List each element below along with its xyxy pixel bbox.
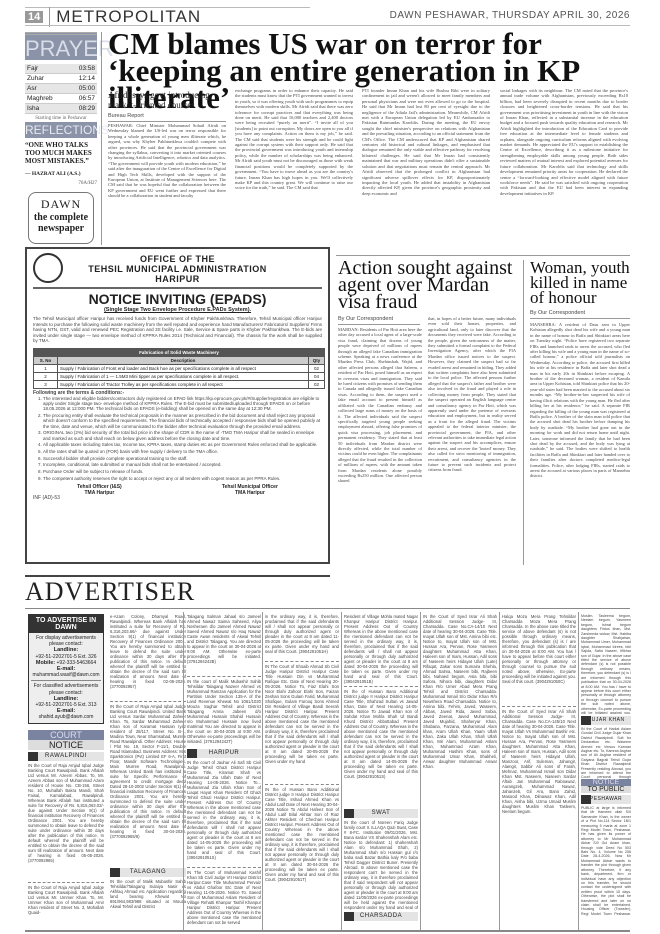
term-item: Successful bidder shall provide complete… <box>43 456 322 461</box>
advertiser-divider <box>25 608 630 609</box>
page-number: 14 <box>25 11 43 23</box>
legal-notice: e-Azam Colony, Dhamyal Road, Rawalpindi.… <box>110 614 186 699</box>
tender-advertisement: OFFICE OF THE TEHSIL MUNICIPAL ADMINISTR… <box>25 247 330 564</box>
email-label: E-mail: <box>57 708 75 714</box>
signatory-org: TMA Haripur <box>222 490 278 496</box>
prayer-time: 03:58 <box>68 64 97 74</box>
email-address-classified[interactable]: shahid.ayub@dawn.com <box>31 714 101 720</box>
classified-column-8: Muslim, Tasleema begum, Neelam begum, Ya… <box>581 614 631 916</box>
column-divider <box>420 612 421 930</box>
location-label: RAWALPINDI <box>45 753 87 759</box>
location-label: GUJAR KHAN <box>587 717 624 723</box>
prayer-name: Asr <box>25 84 68 94</box>
location-banner-gujar-khan: GUJAR KHAN <box>581 716 631 725</box>
location-label: HARIPUR <box>209 750 240 756</box>
term-item: Purchase Order will be subject to releas… <box>43 469 322 474</box>
table-cell: 2 <box>34 372 58 380</box>
location-banner-talagang: TALAGANG <box>110 868 186 877</box>
column-divider <box>341 612 342 930</box>
term-item: The interested and eligible bidders/cont… <box>43 396 322 412</box>
legal-notice: Talagang Salman Jahaal s/o Jameel Ahmed … <box>187 614 261 674</box>
mobile-label: Mobile: <box>36 660 55 666</box>
tma-emblem-icon <box>33 253 63 283</box>
table-cell: 1 <box>34 364 58 372</box>
table-caption: Fabrication of Solid Waste Machinery <box>34 348 325 356</box>
term-item: The procuring entity shall evaluate the … <box>43 413 322 429</box>
prayer-name: Zuhar <box>25 74 68 84</box>
legal-notice: IN the Court of Raja Amjad Iqbal Judge B… <box>110 704 186 866</box>
section-title: METROPOLITAN <box>49 7 201 27</box>
table-row: 1 Supply / Fabrication of Front end load… <box>34 364 325 372</box>
advertiser-heading: ADVERTISER <box>25 575 330 605</box>
table-cell: 02 <box>309 380 325 388</box>
prayer-time: 08:29 <box>68 104 97 114</box>
landline-label: Landline: <box>54 647 78 653</box>
legal-notice: IN The Court of Muhammad Kashif Khan Sb … <box>187 870 261 934</box>
prayer-row: Asr05:00 <box>25 84 97 94</box>
advertiser-title: ADVERTISER <box>25 577 195 606</box>
legal-notice: IN the of Hussan Bano Additional Distric… <box>344 689 418 807</box>
signatory-left: Tehsil Officer (I&S) TMA Haripur <box>77 484 122 496</box>
lead-column-2: exchange programs in order to enhance th… <box>235 88 353 245</box>
masthead: 14 METROPOLITAN <box>25 7 310 25</box>
newspaper-icon <box>344 912 354 921</box>
prayer-row: Isha08:29 <box>25 104 97 114</box>
classified-column-7: Halqa Moza Mera Prang Tehsildar Charsadd… <box>502 614 576 931</box>
classified-column-2: e-Azam Colony, Dhamyal Road, Rawalpindi.… <box>110 614 186 909</box>
legal-notice: IN the of Hussan Bano Additional Distric… <box>265 787 339 932</box>
story3-body: MANSEHRA: A resident of Dasu area in Upp… <box>530 322 630 565</box>
classified-column-3: Talagang Salman Jahaal s/o Jameel Ahmed … <box>187 614 261 934</box>
court-notice-banner: COURT NOTICE RAWALPINDI IN the Court of … <box>28 730 104 915</box>
prayer-times-table: Fajr03:58 Zuhar12:14 Asr05:00 Maghreb06:… <box>25 64 97 114</box>
location-banner-charsadda: CHARSADDA <box>344 912 418 921</box>
location-label: PESHAWAR <box>590 796 622 802</box>
legal-notice: IN the Court of Raja Amjad Iqbal Judge B… <box>28 885 104 915</box>
location-banner-haripur: HARIPUR <box>187 749 261 758</box>
legal-notice: IN the Court of Syed Israr Ali Shah Addi… <box>502 709 576 931</box>
legal-notice: IN the court of Malik Mubashir Sahib Teh… <box>110 879 186 909</box>
newspaper-icon <box>344 809 354 818</box>
signatory-right: Tehsil Municipal Officer TMA Haripur <box>222 484 278 496</box>
legal-notice: IN the court of Malik Mubashir Sahib Teh… <box>187 679 261 747</box>
legal-notice: Halqa Moza Mera Prang Tehsildar Charsadd… <box>502 614 576 704</box>
table-header: Qty <box>309 356 325 364</box>
term-item: All applicable taxes including Sales tax… <box>43 442 322 447</box>
prayer-name: Maghreb <box>25 94 68 104</box>
court-label: COURT <box>28 730 104 740</box>
lead-subhead: Afridi says govt introducing market-orie… <box>108 90 218 110</box>
landline-label: Landline: <box>54 696 78 702</box>
reflections-code: 76A/H27 <box>25 181 97 186</box>
column-divider <box>262 612 263 930</box>
reflections-box: REFLECTIONS “One who talks too much make… <box>25 122 97 186</box>
story2-column-2: that, in hopes of a better future, many … <box>428 316 516 565</box>
prayer-time: 06:57 <box>68 94 97 104</box>
advertise-contact-box: TO ADVERTISE IN DAWN For display adverti… <box>28 614 104 724</box>
table-cell: Supply / Fabrication of Tractor Trolley … <box>58 380 309 388</box>
term-item: Incomplete, conditional, late submitted … <box>43 462 322 467</box>
reflections-attribution: — HAZRAT ALI (A.S.) <box>25 171 97 177</box>
office-line-2: TEHSIL MUNICIPAL ADMINISTRATION <box>27 264 328 274</box>
reflections-quote: “One who talks too much makes most mista… <box>25 141 97 165</box>
email-address[interactable]: muhammad.wasif@dawn.com <box>31 672 101 678</box>
legal-notice: PUBLIC at large is informed that Mr Hame… <box>581 806 631 916</box>
location-banner-swat: SWAT <box>344 809 418 818</box>
dateline: DAWN PESHAWAR, THURSDAY APRIL 30, 2026 <box>390 10 630 21</box>
display-ad-text: For display advertisements please contac… <box>31 635 101 647</box>
table-cell: Supply / Fabrication of Front end loader… <box>58 364 309 372</box>
table-row: 3 Supply / Fabrication of Tractor Trolle… <box>34 380 325 388</box>
newspaper-icon <box>28 752 38 761</box>
ad-reference: INF (AD)-53 <box>27 496 328 501</box>
column-divider <box>523 260 524 565</box>
classified-ad-text: For classified advertisements please con… <box>31 683 101 695</box>
table-cell: Supply / Fabrication of 1 — 1.5M3 Mini t… <box>58 372 309 380</box>
lead-column-4: social linkages with its neighbour. The … <box>500 88 628 250</box>
classified-column-4: in the ordinary way, it is, therefore, p… <box>265 614 339 932</box>
table-cell: 02 <box>309 364 325 372</box>
prayer-title: PRAYER <box>25 32 97 60</box>
story2-column-1: MARDAN: Residents of Par Hoti area here … <box>338 327 422 565</box>
term-item: The competent authority reserves the rig… <box>43 476 322 481</box>
legal-notice: IN The Court of Shoaib Ahmad Sb Civil Ju… <box>265 664 339 782</box>
location-label: CHARSADDA <box>360 913 402 919</box>
newspaper-icon <box>110 868 120 877</box>
column-divider <box>101 32 102 245</box>
table-row: 2 Supply / Fabrication of 1 — 1.5M3 Mini… <box>34 372 325 380</box>
legal-notice: Muslim, Tasleema begum, Neelam begum, Ya… <box>581 614 631 714</box>
term-item: All the rates shall be quoted on (FOR) b… <box>43 449 322 454</box>
email-label: E-mail: <box>57 666 75 672</box>
legal-notice: IN the Court of Raja Amjad Iqbal Judge B… <box>28 763 104 880</box>
lead-byline: Bureau Report <box>108 113 226 122</box>
location-banner-peshawar: PESHAWAR <box>581 795 631 804</box>
notice-title: NOTICE INVITING (EPADS) <box>27 291 328 307</box>
column-divider <box>183 612 184 930</box>
prayer-row: Maghreb06:57 <box>25 94 97 104</box>
story2-byline: By Our Correspondent <box>338 316 420 325</box>
table-cell: 3 <box>34 380 58 388</box>
legal-notice: in the ordinary way, it is, therefore, p… <box>265 614 339 659</box>
page-bottom-rule <box>25 930 630 932</box>
legal-notice: IN the Court of Hadiat Aslam Gondal Civi… <box>581 727 631 779</box>
notice-to-public-line1: NOTICE <box>581 779 631 786</box>
prayer-row: Zuhar12:14 <box>25 74 97 84</box>
notice-to-public-line2: TO PUBLIC <box>581 786 631 793</box>
notice-intro: The Tehsil Municipal officer Haripur has… <box>27 316 328 344</box>
story3-byline: By Our Correspondent <box>530 310 630 319</box>
newspaper-icon <box>581 716 591 725</box>
contact-box-title: TO ADVERTISE IN DAWN <box>29 615 103 633</box>
dawn-promo-box: DAWN the complete newspaper <box>28 192 94 244</box>
prayer-time: 12:14 <box>68 74 97 84</box>
location-label: TALAGANG <box>130 869 166 875</box>
legal-notice: IN the court of Noreen Fariq Judge famil… <box>344 820 418 910</box>
legal-notice: IN the court of Jauhar Ali Safi Sb Civil… <box>187 760 261 865</box>
machinery-table: Fabrication of Solid Waste Machinery S. … <box>33 348 325 389</box>
office-line-1: OFFICE OF THE <box>27 254 328 264</box>
story-divider <box>336 255 630 256</box>
mobile-number: +92-333-5463664 <box>57 660 97 666</box>
story3-headline: Woman, youth killed in name of honour <box>530 260 630 305</box>
prayer-time: 05:00 <box>68 84 97 94</box>
legal-notice: Resident of Village Mohla mated Nagar Kh… <box>344 614 418 684</box>
prayer-row: Fajr03:58 <box>25 64 97 74</box>
prayer-name: Isha <box>25 104 68 114</box>
office-line-3: HARIPUR <box>27 274 328 284</box>
prayer-name: Fajr <box>25 64 68 74</box>
prayer-box: PRAYER Fajr03:58 Zuhar12:14 Asr05:00 Mag… <box>25 32 97 125</box>
column-divider <box>578 612 579 930</box>
notice-subtitle: (Single Stage Two Envelope Procedure E.P… <box>27 307 328 313</box>
table-cell: 04 <box>309 372 325 380</box>
column-divider <box>499 612 500 930</box>
dawn-tagline: the complete newspaper <box>29 212 93 234</box>
legal-notice: IN the Court of Syed Israr Ali Shah Addi… <box>423 614 497 928</box>
classified-column-5: Resident of Village Mohla mated Nagar Kh… <box>344 614 418 923</box>
newspaper-icon <box>581 795 591 804</box>
table-header: S. No <box>34 356 58 364</box>
terms-list: The interested and eligible bidders/cont… <box>27 396 328 481</box>
story2-headline: Action sought against agent over Mardan … <box>338 260 518 311</box>
table-header: Description <box>58 356 309 364</box>
location-label: SWAT <box>372 810 391 816</box>
lead-column-1: PESHAWAR: Chief Minister Mohammad Sohail… <box>108 123 226 245</box>
signatory-org: TMA Haripur <box>77 490 122 496</box>
location-banner-rawalpindi: RAWALPINDI <box>28 752 104 761</box>
dawn-logo: DAWN <box>29 197 93 212</box>
newspaper-icon <box>187 749 197 758</box>
reflections-title: REFLECTIONS <box>25 122 97 138</box>
classified-column-6: IN the Court of Syed Israr Ali Shah Addi… <box>423 614 497 928</box>
lead-column-3: PTI founder Imran Khan and his wife Bush… <box>362 88 490 250</box>
notice-label: NOTICE <box>28 740 104 750</box>
term-item: ORIGINAL two (2%) bid security of the to… <box>43 430 322 441</box>
